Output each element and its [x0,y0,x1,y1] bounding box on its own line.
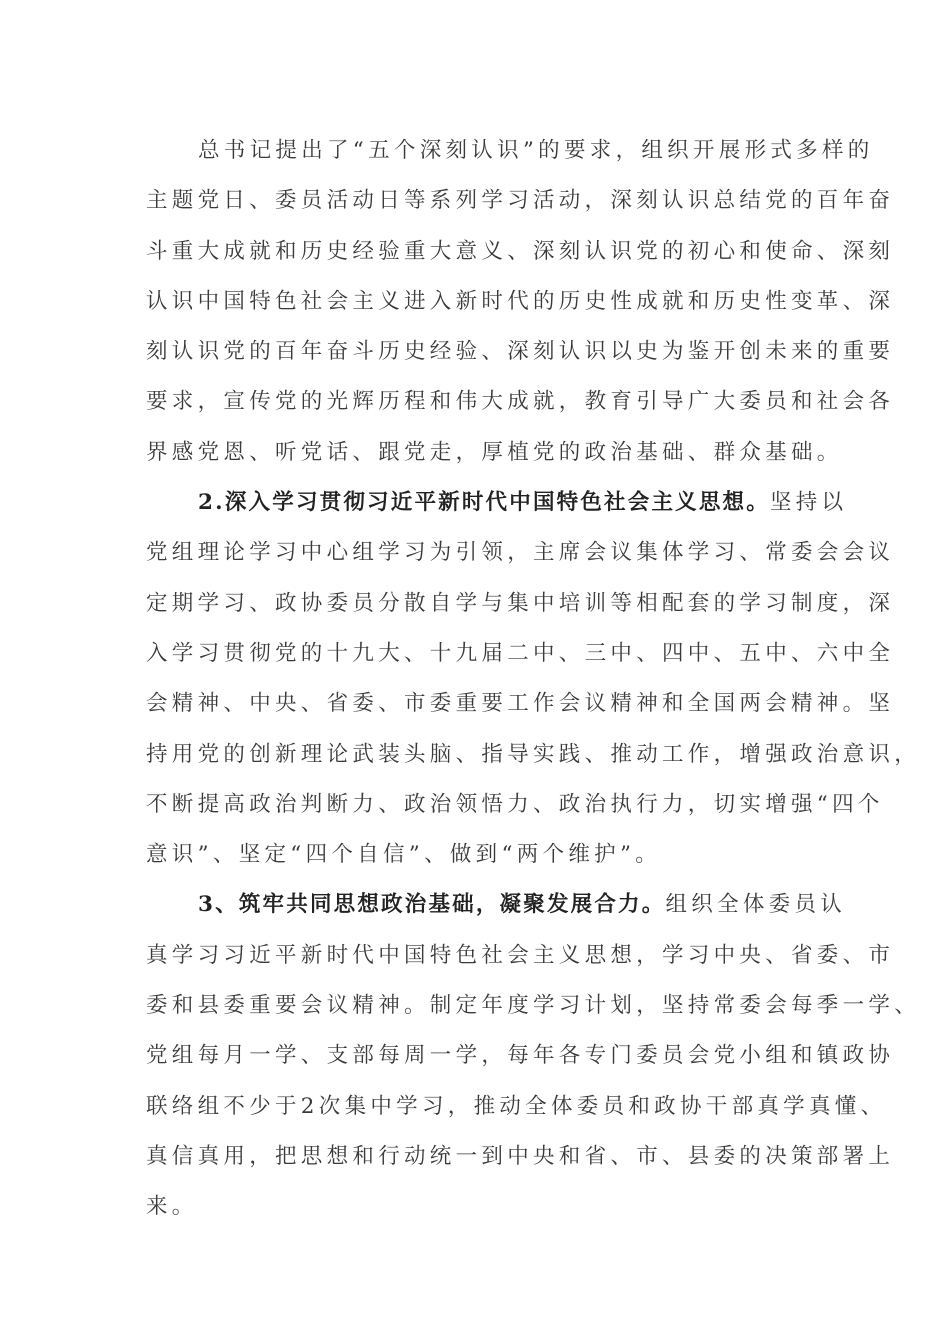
text-line: 界感党恩、听党话、跟党走，厚植党的政治基础、群众基础。 [146,432,806,482]
text-line: 真信真用，把思想和行动统一到中央和省、市、县委的决策部署上 [146,1136,806,1186]
text-line: 会精神、中央、省委、市委重要工作会议精神和全国两会精神。坚 [146,683,806,733]
document-page: 总书记提出了“五个深刻认识”的要求，组织开展形式多样的 主题党日、委员活动日等系… [0,0,950,1344]
text-line: 认识中国特色社会主义进入新时代的历史性成就和历史性变革、深 [146,281,806,331]
text-line: 持用党的创新理论武装头脑、指导实践、推动工作，增强政治意识， [146,734,806,784]
text-line: 要求，宣传党的光辉历程和伟大成就，教育引导广大委员和社会各 [146,381,806,431]
text-line: 定期学习、政协委员分散自学与集中培训等相配套的学习制度，深 [146,583,806,633]
section-heading: 3、筑牢共同思想政治基础，凝聚发展合力。 [198,892,665,917]
text-line: 党组理论学习中心组学习为引领，主席会议集体学习、常委会会议 [146,532,806,582]
text-line: 委和县委重要会议精神。制定年度学习计划，坚持常委会每季一学、 [146,985,806,1035]
text-line: 党组每月一学、支部每周一学，每年各专门委员会党小组和镇政协 [146,1035,806,1085]
text-line: 意识”、坚定“四个自信”、做到“两个维护”。 [146,834,806,884]
text-line: 主题党日、委员活动日等系列学习活动，深刻认识总结党的百年奋 [146,180,806,230]
text-line: 刻认识党的百年奋斗历史经验、深刻认识以史为鉴开创未来的重要 [146,331,806,381]
heading-line: 2.深入学习贯彻习近平新时代中国特色社会主义思想。坚持以 [146,482,806,532]
text-line: 真学习习近平新时代中国特色社会主义思想，学习中央、省委、市 [146,935,806,985]
document-body: 总书记提出了“五个深刻认识”的要求，组织开展形式多样的 主题党日、委员活动日等系… [146,130,806,1237]
text-line: 入学习贯彻党的十九大、十九届二中、三中、四中、五中、六中全 [146,633,806,683]
section-heading: 2.深入学习贯彻习近平新时代中国特色社会主义思想。 [198,490,770,515]
text-line: 总书记提出了“五个深刻认识”的要求，组织开展形式多样的 [146,130,806,180]
text-run: 组织全体委员认 [665,892,846,917]
text-line: 来。 [146,1186,806,1236]
text-line: 斗重大成就和历史经验重大意义、深刻认识党的初心和使命、深刻 [146,231,806,281]
text-line: 联络组不少于2次集中学习，推动全体委员和政协干部真学真懂、 [146,1086,806,1136]
paragraph-3: 3、筑牢共同思想政治基础，凝聚发展合力。组织全体委员认 真学习习近平新时代中国特… [146,884,806,1236]
paragraph-1: 总书记提出了“五个深刻认识”的要求，组织开展形式多样的 主题党日、委员活动日等系… [146,130,806,482]
text-line: 不断提高政治判断力、政治领悟力、政治执行力，切实增强“四个 [146,784,806,834]
heading-line: 3、筑牢共同思想政治基础，凝聚发展合力。组织全体委员认 [146,884,806,934]
text-run: 坚持以 [770,490,847,515]
paragraph-2: 2.深入学习贯彻习近平新时代中国特色社会主义思想。坚持以 党组理论学习中心组学习… [146,482,806,884]
